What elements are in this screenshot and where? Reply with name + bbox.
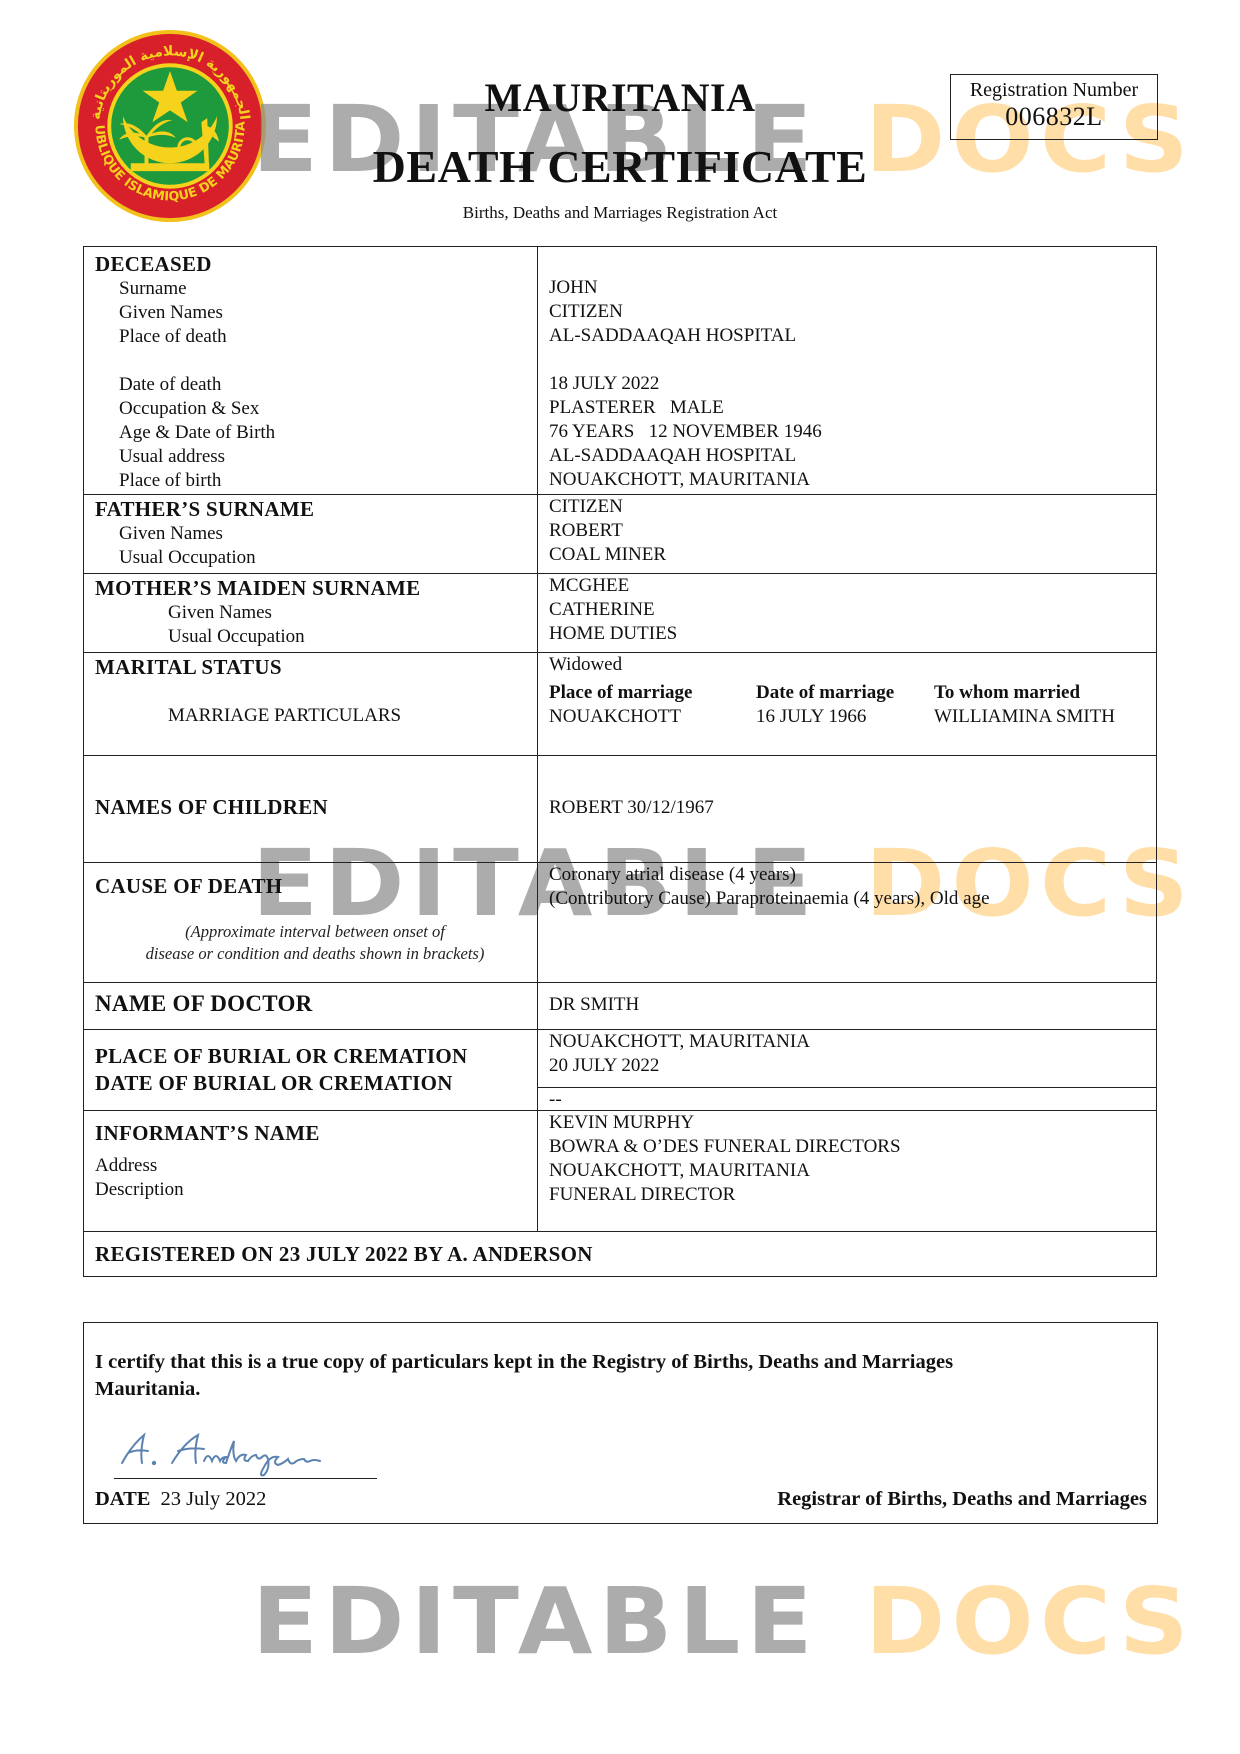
place-of-marriage-label: Place of marriage	[549, 681, 692, 705]
section-burial: PLACE OF BURIAL OR CREMATION DATE OF BUR…	[84, 1029, 1156, 1110]
cause-note: disease or condition and deaths shown in…	[95, 943, 535, 965]
field-label: Usual Occupation	[95, 546, 535, 570]
informant-description-label: Description	[95, 1178, 535, 1202]
deceased-place-of-birth: NOUAKCHOTT, MAURITANIA	[549, 468, 1150, 492]
informant-name: KEVIN MURPHY	[549, 1111, 1150, 1135]
deceased-age-dob: 76 YEARS 12 NOVEMBER 1946	[549, 420, 1150, 444]
section-father: FATHER’S SURNAME Given Names Usual Occup…	[84, 494, 1156, 573]
burial-place-value: NOUAKCHOTT, MAURITANIA	[549, 1030, 1150, 1054]
marital-status-value: Widowed	[549, 653, 1150, 677]
father-surname: CITIZEN	[549, 495, 1150, 519]
place-of-marriage-value: NOUAKCHOTT	[549, 705, 692, 729]
mother-heading: MOTHER’S MAIDEN SURNAME	[95, 576, 535, 601]
watermark-editable: EDITABLE	[252, 1568, 819, 1675]
cause-contributory: (Contributory Cause) Paraproteinaemia (4…	[549, 887, 1150, 911]
date-of-marriage-label: Date of marriage	[756, 681, 894, 705]
field-label: Usual Occupation	[95, 625, 535, 649]
certification-date: DATE23 July 2022	[95, 1488, 266, 1511]
informant-company: BOWRA & O’DES FUNERAL DIRECTORS	[549, 1135, 1150, 1159]
deceased-surname: JOHN	[549, 276, 1150, 300]
national-emblem-icon: REPUBLIQUE ISLAMIQUE DE MAURITANIE الجمه…	[72, 28, 268, 224]
field-label: Place of death	[95, 325, 535, 349]
informant-address-label: Address	[95, 1154, 535, 1178]
signature-icon	[114, 1423, 374, 1481]
field-label: Surname	[95, 277, 535, 301]
certification-line: Mauritania.	[95, 1376, 1115, 1403]
marriage-particulars-label: MARRIAGE PARTICULARS	[95, 704, 535, 728]
date-label: DATE	[95, 1488, 150, 1510]
deceased-occupation-sex: PLASTERER MALE	[549, 396, 1150, 420]
certification-box: I certify that this is a true copy of pa…	[83, 1322, 1158, 1524]
cause-heading: CAUSE OF DEATH	[95, 874, 535, 899]
doctor-value: DR SMITH	[549, 993, 1150, 1017]
cause-primary: Coronary atrial disease (4 years)	[549, 863, 1150, 887]
father-given-names: ROBERT	[549, 519, 1150, 543]
deceased-heading: DECEASED	[95, 252, 535, 277]
section-doctor: NAME OF DOCTOR DR SMITH	[84, 982, 1156, 1029]
informant-address: NOUAKCHOTT, MAURITANIA	[549, 1159, 1150, 1183]
field-label: Date of death	[95, 373, 535, 397]
informant-description: FUNERAL DIRECTOR	[549, 1183, 1150, 1207]
children-value: ROBERT 30/12/1967	[549, 796, 1150, 820]
watermark-docs: DOCS	[865, 1568, 1195, 1675]
registration-number-value: 006832L	[951, 102, 1157, 132]
burial-date-heading: DATE OF BURIAL OR CREMATION	[95, 1070, 535, 1097]
mother-given-names: CATHERINE	[549, 598, 1150, 622]
section-marital: MARITAL STATUS MARRIAGE PARTICULARS Wido…	[84, 652, 1156, 755]
field-label: Usual address	[95, 445, 535, 469]
certificate-table: DECEASED Surname Given Names Place of de…	[83, 246, 1157, 1277]
spouse-value: WILLIAMINA SMITH	[934, 705, 1115, 729]
registration-number-box: Registration Number 006832L	[950, 74, 1158, 140]
field-label: Given Names	[95, 601, 535, 625]
father-occupation: COAL MINER	[549, 543, 1150, 567]
date-value: 23 July 2022	[160, 1488, 266, 1510]
father-heading: FATHER’S SURNAME	[95, 497, 535, 522]
burial-place-heading: PLACE OF BURIAL OR CREMATION	[95, 1043, 535, 1070]
watermark: EDITABLEDOCS	[252, 1568, 1195, 1675]
doctor-heading: NAME OF DOCTOR	[95, 991, 535, 1017]
registration-number-label: Registration Number	[951, 79, 1157, 102]
document-subtitle: Births, Deaths and Marriages Registratio…	[0, 203, 1240, 223]
field-label: Place of birth	[95, 469, 535, 493]
deceased-date-of-death: 18 JULY 2022	[549, 372, 1150, 396]
spouse-label: To whom married	[934, 681, 1115, 705]
section-deceased: DECEASED Surname Given Names Place of de…	[84, 247, 1156, 494]
deceased-given-names: CITIZEN	[549, 300, 1150, 324]
certification-statement: I certify that this is a true copy of pa…	[95, 1349, 1115, 1403]
informant-heading: INFORMANT’S NAME	[95, 1121, 535, 1146]
date-of-marriage-value: 16 JULY 1966	[756, 705, 894, 729]
document-title: DEATH CERTIFICATE	[0, 140, 1240, 193]
mother-surname: MCGHEE	[549, 574, 1150, 598]
field-label: Given Names	[95, 301, 535, 325]
section-registered: REGISTERED ON 23 JULY 2022 BY A. ANDERSO…	[84, 1231, 1156, 1278]
section-informant: INFORMANT’S NAME Address Description KEV…	[84, 1110, 1156, 1231]
deceased-place-of-death: AL-SADDAAQAH HOSPITAL	[549, 324, 1150, 348]
children-heading: NAMES OF CHILDREN	[95, 795, 535, 820]
signature-line	[114, 1478, 377, 1479]
certification-line: I certify that this is a true copy of pa…	[95, 1349, 1115, 1376]
registered-text: REGISTERED ON 23 JULY 2022 BY A. ANDERSO…	[95, 1242, 1095, 1267]
marital-heading: MARITAL STATUS	[95, 655, 535, 680]
deceased-usual-address: AL-SADDAAQAH HOSPITAL	[549, 444, 1150, 468]
mother-occupation: HOME DUTIES	[549, 622, 1150, 646]
burial-date-value: 20 JULY 2022	[549, 1054, 1150, 1078]
field-label: Age & Date of Birth	[95, 421, 535, 445]
section-mother: MOTHER’S MAIDEN SURNAME Given Names Usua…	[84, 573, 1156, 652]
field-label: Given Names	[95, 522, 535, 546]
section-children: NAMES OF CHILDREN ROBERT 30/12/1967	[84, 755, 1156, 862]
burial-extra-value: --	[549, 1088, 1150, 1112]
cause-note: (Approximate interval between onset of	[95, 921, 535, 943]
section-cause-of-death: CAUSE OF DEATH (Approximate interval bet…	[84, 862, 1156, 982]
field-label: Occupation & Sex	[95, 397, 535, 421]
registrar-title: Registrar of Births, Deaths and Marriage…	[777, 1488, 1147, 1511]
